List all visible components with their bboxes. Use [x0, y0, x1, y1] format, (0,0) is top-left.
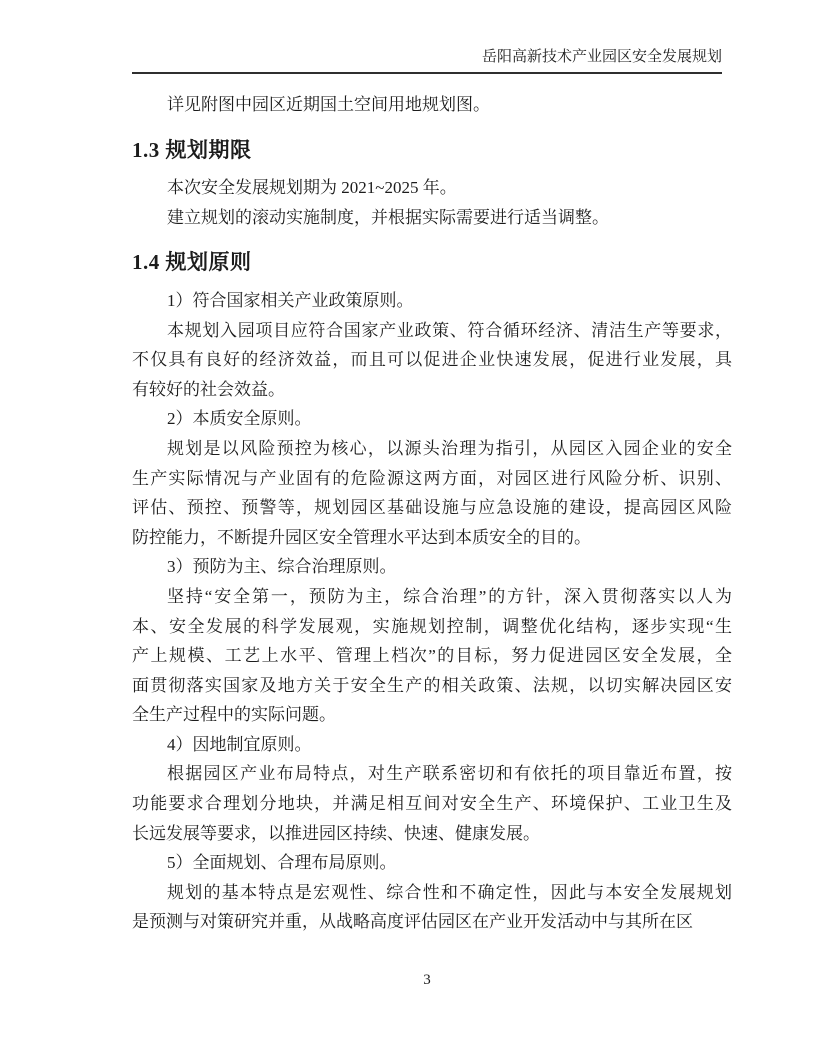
text-line: 本规划入园项目应符合国家产业政策、符合循环经济、清洁生产等要求， — [132, 316, 732, 346]
text-line: 4）因地制宜原则。 — [132, 730, 732, 760]
text-line: 全生产过程中的实际问题。 — [132, 700, 732, 730]
paragraph: 坚持“安全第一，预防为主，综合治理”的方针，深入贯彻落实以人为本、安全发展的科学… — [132, 582, 732, 730]
paragraph: 4）因地制宜原则。 — [132, 730, 732, 760]
text-line: 生产实际情况与产业固有的危险源这两方面，对园区进行风险分析、识别、 — [132, 464, 732, 494]
paragraph: 5）全面规划、合理布局原则。 — [132, 848, 732, 878]
text-line: 是预测与对策研究并重，从战略高度评估园区在产业开发活动中与其所在区 — [132, 907, 732, 937]
text-line: 根据园区产业布局特点，对生产联系密切和有依托的项目靠近布置，按 — [132, 759, 732, 789]
text-line: 建立规划的滚动实施制度，并根据实际需要进行适当调整。 — [132, 203, 732, 233]
paragraph: 根据园区产业布局特点，对生产联系密切和有依托的项目靠近布置，按功能要求合理划分地… — [132, 759, 732, 848]
text-line: 规划是以风险预控为核心，以源头治理为指引，从园区入园企业的安全 — [132, 434, 732, 464]
text-line: 评估、预控、预警等，规划园区基础设施与应急设施的建设，提高园区风险 — [132, 493, 732, 523]
paragraph: 建立规划的滚动实施制度，并根据实际需要进行适当调整。 — [132, 203, 732, 233]
text-line: 坚持“安全第一，预防为主，综合治理”的方针，深入贯彻落实以人为 — [132, 582, 732, 612]
paragraph: 规划的基本特点是宏观性、综合性和不确定性，因此与本安全发展规划是预测与对策研究并… — [132, 878, 732, 937]
section-heading: 1.3 规划期限 — [132, 136, 732, 166]
page-header-title: 岳阳高新技术产业园区安全发展规划 — [132, 47, 722, 67]
document-page: 岳阳高新技术产业园区安全发展规划 详见附图中园区近期国土空间用地规划图。1.3 … — [0, 0, 815, 1055]
text-line: 规划的基本特点是宏观性、综合性和不确定性，因此与本安全发展规划 — [132, 878, 732, 908]
text-line: 长远发展等要求，以推进园区持续、快速、健康发展。 — [132, 819, 732, 849]
text-line: 详见附图中园区近期国土空间用地规划图。 — [132, 90, 732, 120]
text-line: 产上规模、工艺上水平、管理上档次”的目标，努力促进园区安全发展，全 — [132, 641, 732, 671]
text-line: 防控能力，不断提升园区安全管理水平达到本质安全的目的。 — [132, 523, 732, 553]
text-line: 面贯彻落实国家及地方关于安全生产的相关政策、法规，以切实解决园区安 — [132, 671, 732, 701]
paragraph: 3）预防为主、综合治理原则。 — [132, 552, 732, 582]
text-line: 3）预防为主、综合治理原则。 — [132, 552, 732, 582]
paragraph: 2）本质安全原则。 — [132, 404, 732, 434]
paragraph: 本规划入园项目应符合国家产业政策、符合循环经济、清洁生产等要求，不仅具有良好的经… — [132, 316, 732, 405]
text-line: 5）全面规划、合理布局原则。 — [132, 848, 732, 878]
text-line: 功能要求合理划分地块，并满足相互间对安全生产、环境保护、工业卫生及 — [132, 789, 732, 819]
section-heading: 1.4 规划原则 — [132, 248, 732, 278]
text-line: 不仅具有良好的经济效益，而且可以促进企业快速发展，促进行业发展，具 — [132, 345, 732, 375]
document-body: 详见附图中园区近期国土空间用地规划图。1.3 规划期限本次安全发展规划期为 20… — [132, 90, 732, 937]
text-line: 2）本质安全原则。 — [132, 404, 732, 434]
text-line: 1）符合国家相关产业政策原则。 — [132, 286, 732, 316]
text-line: 本、安全发展的科学发展观，实施规划控制，调整优化结构，逐步实现“生 — [132, 612, 732, 642]
paragraph: 本次安全发展规划期为 2021~2025 年。 — [132, 173, 732, 203]
paragraph: 1）符合国家相关产业政策原则。 — [132, 286, 732, 316]
text-line: 有较好的社会效益。 — [132, 375, 732, 405]
text-line: 本次安全发展规划期为 2021~2025 年。 — [132, 173, 732, 203]
header-rule — [132, 72, 722, 74]
paragraph: 详见附图中园区近期国土空间用地规划图。 — [132, 90, 732, 120]
paragraph: 规划是以风险预控为核心，以源头治理为指引，从园区入园企业的安全生产实际情况与产业… — [132, 434, 732, 552]
page-number: 3 — [132, 970, 722, 990]
